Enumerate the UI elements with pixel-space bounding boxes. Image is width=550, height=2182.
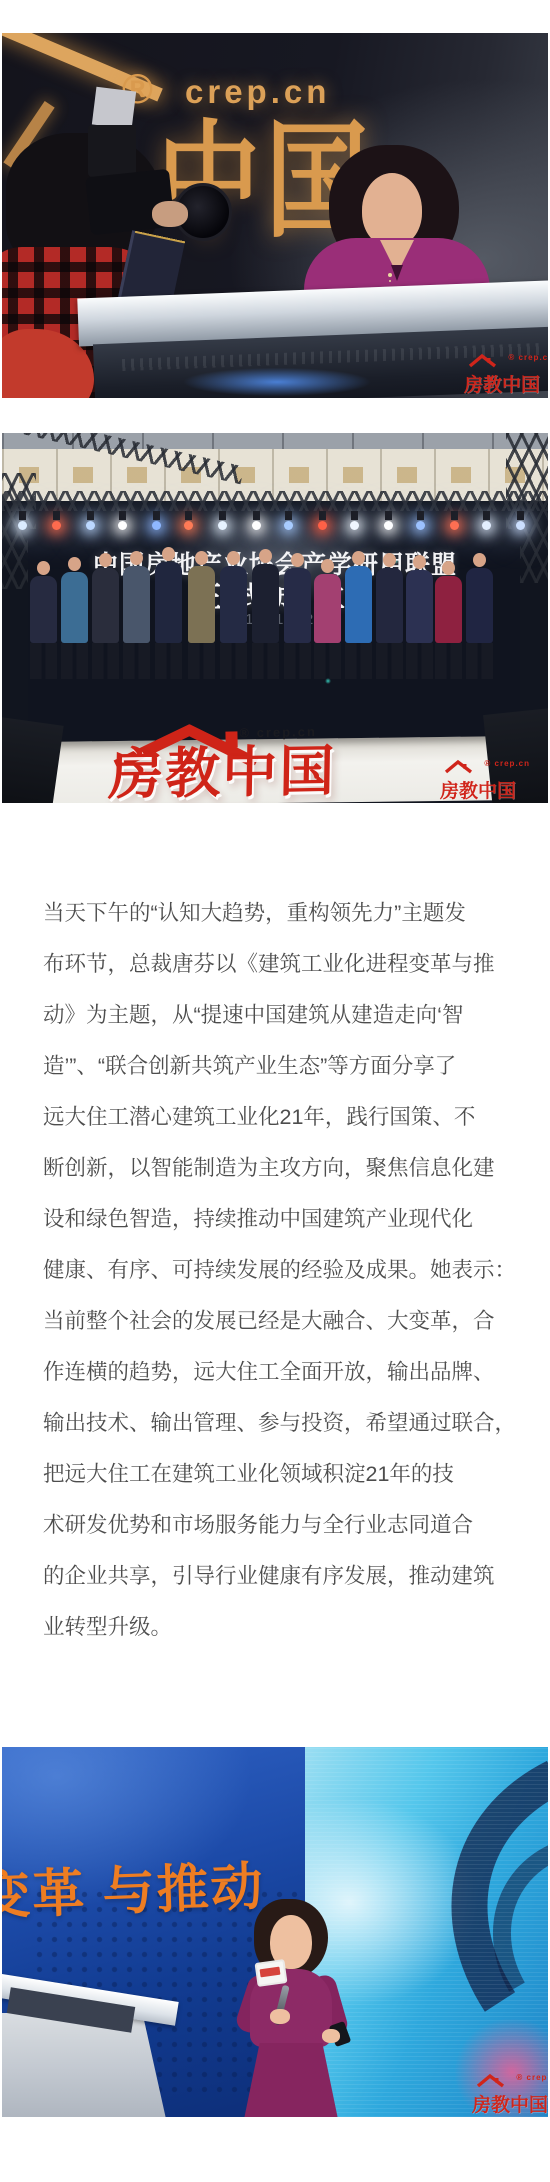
house-roof-icon [476, 2073, 506, 2088]
person-figure [252, 549, 279, 679]
person-figure [435, 561, 462, 679]
person-figure [61, 557, 88, 679]
person-figure [466, 553, 493, 679]
article-line: 设和绿色智造，持续推动中国建筑产业现代化 [43, 1194, 514, 1245]
lectern-body [2, 2013, 166, 2117]
flash-bounce-card [92, 87, 136, 130]
article-line: 健康、有序、可持续发展的经验及成果。她表示： [43, 1245, 514, 1296]
stage-brand-logo: ® crep.cn 房教中国 [103, 722, 414, 803]
watermark-domain-text: ® crep.cn [516, 2073, 548, 2082]
photographer-hand [152, 201, 188, 227]
brand-watermark: ® crep.cn 房教中国 [464, 353, 548, 397]
watermark-brand-text: 房教中国 [464, 370, 540, 397]
person-figure [123, 551, 150, 679]
logo-domain-text: ® crep.cn [239, 724, 317, 740]
house-roof-icon [468, 353, 498, 368]
house-roof-icon [444, 759, 474, 774]
stage-monitor-speaker-left [2, 717, 64, 803]
person-figure [406, 555, 433, 679]
article-page: ® crep.cn 中国 ® crep.cn 房教中国 [0, 0, 550, 2182]
person-figure [376, 553, 403, 679]
person-figure [188, 551, 215, 679]
camera-flash-unit [88, 125, 136, 177]
article-line: 布环节，总裁唐芬以《建筑工业化进程变革与推 [43, 939, 514, 990]
article-line: 输出技术、输出管理、参与投资，希望通过联合， [43, 1398, 514, 1449]
watermark-brand-text: 房教中国 [440, 776, 516, 803]
article-paragraph: 当天下午的“认知大趋势，重构领先力”主题发布环节，总裁唐芬以《建筑工业化进程变革… [0, 888, 550, 1653]
speaker-vneck-shadow [391, 265, 403, 281]
person-figure [30, 561, 57, 679]
logo-brand-text: 房教中国 [108, 744, 337, 803]
article-line: 造’”、“联合创新共筑产业生态”等方面分享了 [43, 1041, 514, 1092]
photo-keynote-stage[interactable]: 变革 与推动 ® crep.cn 房教中国 [2, 1747, 548, 2117]
article-line: 作连横的趋势，远大住工全面开放，输出品牌、 [43, 1347, 514, 1398]
article-line: 断创新，以智能制造为主攻方向，聚焦信息化建 [43, 1143, 514, 1194]
people-row [14, 433, 534, 743]
watermark-domain-text: ® crep.cn [508, 353, 548, 362]
speaker-right-hand [270, 2009, 290, 2024]
person-figure [345, 551, 372, 679]
backdrop-domain-text: crep.cn [185, 73, 330, 111]
watermark-domain-text: ® crep.cn [484, 759, 530, 768]
watermark-brand-text: 房教中国 [472, 2090, 548, 2117]
article-line: 远大住工潜心建筑工业化21年，践行国策、不 [43, 1092, 514, 1143]
article-line: 动》为主题，从“提速中国建筑从建造走向‘智 [43, 990, 514, 1041]
photo-alliance-founding[interactable]: 中国房地产业协会产学研用联盟 正式成立 2018.12.28 ® crep.cn… [2, 433, 548, 803]
article-line: 当前整个社会的发展已经是大融合、大变革，合 [43, 1296, 514, 1347]
article-line: 的企业共享，引导行业健康有序发展，推动建筑 [43, 1551, 514, 1602]
article-line: 业转型升级。 [43, 1602, 514, 1653]
article-line: 当天下午的“认知大趋势，重构领先力”主题发 [43, 888, 514, 939]
brand-watermark: ® crep.cn 房教中国 [440, 759, 530, 803]
photo-press-speech[interactable]: ® crep.cn 中国 ® crep.cn 房教中国 [2, 33, 548, 398]
person-figure [284, 553, 311, 679]
person-figure [92, 553, 119, 679]
person-figure [314, 559, 341, 679]
article-line: 术研发优势和市场服务能力与全行业志同道合 [43, 1500, 514, 1551]
slide-title-text: 变革 与推动 [2, 1844, 266, 1929]
speaker-face [362, 173, 422, 247]
person-figure [155, 547, 182, 679]
brand-watermark: ® crep.cn 房教中国 [472, 2073, 548, 2117]
person-figure [220, 551, 247, 679]
podium-blue-glow [152, 363, 402, 398]
article-line: 把远大住工在建筑工业化领域积淀21年的技 [43, 1449, 514, 1500]
speaker-left-hand [322, 2029, 340, 2043]
speaker-necklace [388, 273, 392, 277]
